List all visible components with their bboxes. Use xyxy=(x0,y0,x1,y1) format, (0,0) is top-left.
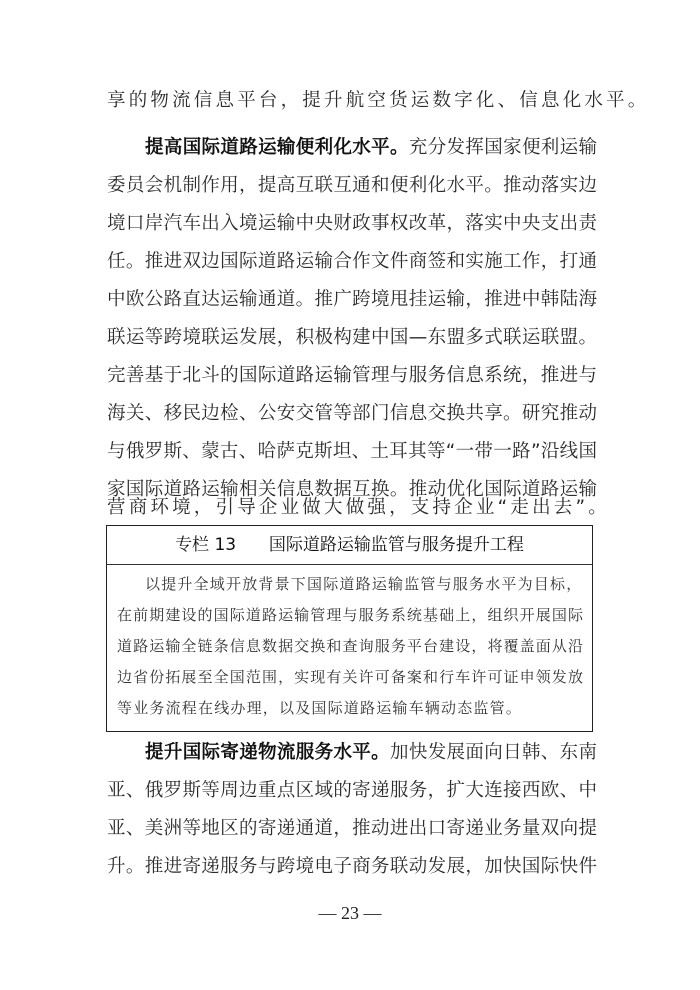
body-text-line: 任。推进双边国际道路运输合作文件商签和实施工作，打通 xyxy=(107,250,597,274)
feature-box-label: 专栏 13 xyxy=(175,526,236,564)
body-text-line: 享的物流信息平台，提升航空货运数字化、信息化水平。 xyxy=(107,89,597,113)
body-text-line: 海关、移民边检、公安交管等部门信息交换共享。研究推动 xyxy=(107,402,597,426)
paragraph-heading: 提升国际寄递物流服务水平。 xyxy=(145,742,390,763)
paragraph-first-line: 提高国际道路运输便利化水平。充分发挥国家便利运输 xyxy=(145,136,597,160)
paragraph-heading: 提高国际道路运输便利化水平。 xyxy=(145,137,409,158)
body-text-line: 亚、俄罗斯等周边重点区域的寄递服务，扩大连接西欧、中 xyxy=(107,779,597,803)
feature-box-header: 专栏 13 国际道路运输监管与服务提升工程 xyxy=(107,526,592,565)
body-text-line: 中欧公路直达运输通道。推广跨境甩挂运输，推进中韩陆海 xyxy=(107,288,597,312)
body-text: 充分发挥国家便利运输 xyxy=(409,137,597,158)
body-text-line: 委员会机制作用，提高互联互通和便利化水平。推动落实边 xyxy=(107,174,597,198)
body-text-line: 亚、美洲等地区的寄递通道，推动进出口寄递业务量双向提 xyxy=(107,817,597,841)
body-text-line: 完善基于北斗的国际道路运输管理与服务信息系统，推进与 xyxy=(107,364,597,388)
box-text-line: 以提升全域开放背景下国际道路运输监管与服务水平为目标， xyxy=(145,574,583,594)
box-text-line: 道路运输全链条信息数据交换和查询服务平台建设，将覆盖面从沿 xyxy=(117,636,583,656)
feature-box: 专栏 13 国际道路运输监管与服务提升工程 以提升全域开放背景下国际道路运输监管… xyxy=(106,525,593,732)
body-text-line: 境口岸汽车出入境运输中央财政事权改革，落实中央支出责 xyxy=(107,212,597,236)
feature-box-title: 国际道路运输监管与服务提升工程 xyxy=(269,526,524,564)
box-text-line: 在前期建设的国际道路运输管理与服务系统基础上，组织开展国际 xyxy=(117,605,583,625)
body-text-line: 营商环境，引导企业做大做强，支持企业“走出去”。 xyxy=(107,496,610,520)
box-text-line: 边省份拓展至全国范围，实现有关许可备案和行车许可证申领发放 xyxy=(117,667,583,687)
body-text-line: 升。推进寄递服务与跨境电子商务联动发展，加快国际快件 xyxy=(107,855,597,879)
body-text: 加快发展面向日韩、东南 xyxy=(390,742,597,763)
paragraph-first-line: 提升国际寄递物流服务水平。加快发展面向日韩、东南 xyxy=(145,741,597,765)
body-text-line: 与俄罗斯、蒙古、哈萨克斯坦、土耳其等“一带一路”沿线国 xyxy=(107,440,597,464)
page-number: — 23 — xyxy=(0,903,700,924)
box-text-line: 等业务流程在线办理，以及国际道路运输车辆动态监管。 xyxy=(117,698,583,718)
body-text-line: 联运等跨境联运发展，积极构建中国—东盟多式联运联盟。 xyxy=(107,326,597,350)
